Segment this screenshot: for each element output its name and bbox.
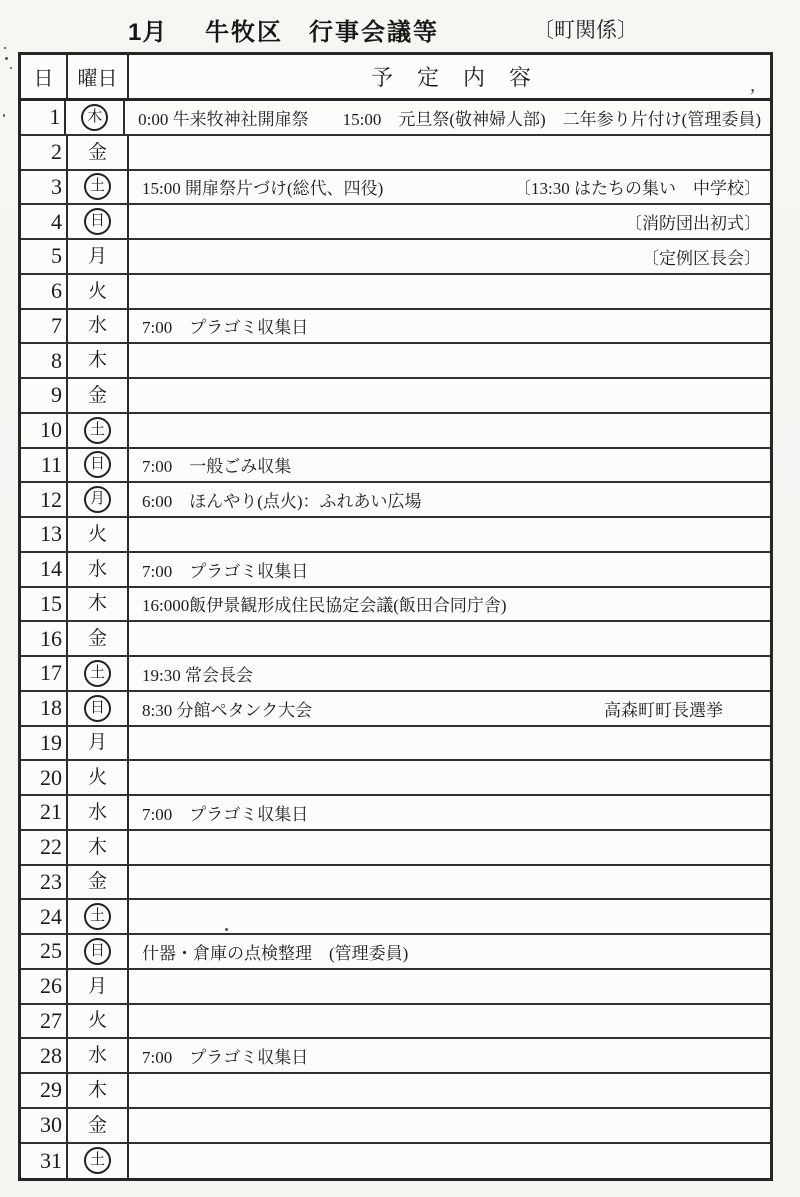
weekday-cell: 土 [68, 171, 129, 204]
day-number: 20 [40, 767, 62, 789]
table-row: 30 金 [21, 1109, 770, 1144]
schedule-content-cell: 〔定例区長会〕 [129, 240, 770, 273]
weekday-label: 木 [88, 838, 107, 857]
weekday-cell: 金 [68, 622, 129, 655]
day-number: 29 [40, 1079, 62, 1101]
schedule-content-cell [129, 727, 770, 760]
header-content: 予 定 内 容 , [129, 55, 770, 98]
schedule-content-cell [129, 275, 770, 308]
scan-artifact [4, 47, 6, 49]
day-number-cell: 1 [21, 101, 66, 134]
schedule-content-cell: 7:00 プラゴミ収集日 [129, 553, 770, 586]
weekday-label: 水 [88, 803, 107, 822]
day-number: 4 [51, 211, 62, 233]
table-row: 1 木 0:00 牛来牧神社開扉祭 15:00 元旦祭(敬神婦人部) 二年参り片… [21, 101, 770, 136]
weekday-label: 金 [88, 629, 107, 648]
scan-artifact [10, 67, 12, 69]
day-number: 15 [40, 593, 62, 615]
day-number: 17 [40, 662, 62, 684]
weekday-label: 日 [84, 938, 111, 965]
day-number: 24 [40, 906, 62, 928]
weekday-label: 月 [88, 977, 107, 996]
schedule-text: 7:00 プラゴミ収集日 [142, 1043, 308, 1068]
schedule-content-cell [129, 1074, 770, 1107]
title-town-note: 〔町関係〕 [533, 14, 638, 44]
weekday-cell: 木 [68, 1074, 129, 1107]
table-row: 4 日 〔消防団出初式〕 [21, 205, 770, 240]
weekday-label: 木 [88, 1081, 107, 1100]
weekday-cell: 月 [68, 483, 129, 516]
weekday-cell: 火 [68, 761, 129, 794]
day-number-cell: 6 [21, 275, 68, 308]
table-row: 27 火 [21, 1005, 770, 1040]
table-body: 1 木 0:00 牛来牧神社開扉祭 15:00 元旦祭(敬神婦人部) 二年参り片… [21, 101, 770, 1178]
schedule-right-note: 高森町町長選挙 [604, 696, 723, 721]
schedule-text: 16:000飯伊景観形成住民協定会議(飯田合同庁舎) [142, 591, 507, 616]
weekday-cell: 土 [68, 414, 129, 447]
table-row: 2 金 [21, 136, 770, 171]
day-number-cell: 21 [21, 796, 68, 829]
schedule-text: 7:00 プラゴミ収集日 [142, 557, 308, 582]
weekday-label: 金 [88, 386, 107, 405]
weekday-cell: 水 [68, 310, 129, 343]
weekday-label: 水 [88, 560, 107, 579]
header-day: 日 [21, 55, 68, 98]
day-number: 14 [40, 558, 62, 580]
weekday-cell: 水 [68, 553, 129, 586]
weekday-label: 金 [88, 1116, 107, 1135]
day-number-cell: 7 [21, 310, 68, 343]
weekday-label: 日 [84, 208, 111, 235]
weekday-cell: 日 [68, 449, 129, 482]
day-number: 30 [40, 1114, 62, 1136]
weekday-cell: 火 [68, 1005, 129, 1038]
schedule-content-cell: 7:00 一般ごみ収集 [129, 449, 770, 482]
day-number-cell: 29 [21, 1074, 68, 1107]
weekday-label: 火 [88, 282, 107, 301]
day-number: 3 [51, 176, 62, 198]
table-row: 26 月 [21, 970, 770, 1005]
schedule-content-cell [129, 831, 770, 864]
day-number: 25 [40, 940, 62, 962]
table-row: 5 月 〔定例区長会〕 [21, 240, 770, 275]
table-row: 22 木 [21, 831, 770, 866]
schedule-text: 15:00 開扉祭片づけ(総代、四役) [142, 174, 383, 199]
schedule-content-cell: 7:00 プラゴミ収集日 [129, 796, 770, 829]
weekday-cell: 日 [68, 935, 129, 968]
weekday-label: 日 [84, 451, 111, 478]
table-row: 20 火 [21, 761, 770, 796]
weekday-label: 土 [84, 660, 111, 687]
weekday-cell: 木 [68, 831, 129, 864]
day-number-cell: 19 [21, 727, 68, 760]
schedule-content-cell [129, 414, 770, 447]
day-number-cell: 23 [21, 866, 68, 899]
schedule-text: 7:00 一般ごみ収集 [142, 452, 291, 477]
schedule-content-cell: 7:00 プラゴミ収集日 [129, 310, 770, 343]
day-number-cell: 15 [21, 588, 68, 621]
schedule-table: 日 曜日 予 定 内 容 , 1 木 0:00 牛来牧神社開扉祭 15:00 元… [18, 52, 773, 1181]
schedule-content-cell [129, 761, 770, 794]
day-number-cell: 20 [21, 761, 68, 794]
table-row: 31 土 [21, 1144, 770, 1179]
day-number: 28 [40, 1045, 62, 1067]
table-row: 21 水 7:00 プラゴミ収集日 [21, 796, 770, 831]
day-number-cell: 5 [21, 240, 68, 273]
schedule-content-cell: 8:30 分館ペタンク大会 高森町町長選挙 [129, 692, 770, 725]
schedule-text: 6:00 ほんやり(点火)：ふれあい広場 [142, 487, 422, 512]
weekday-label: 土 [84, 1147, 111, 1174]
schedule-text: 0:00 牛来牧神社開扉祭 15:00 元旦祭(敬神婦人部) 二年参り片付け(管… [138, 105, 761, 130]
day-number-cell: 26 [21, 970, 68, 1003]
schedule-content-cell [129, 1144, 770, 1179]
table-row: 23 金 [21, 866, 770, 901]
day-number: 22 [40, 836, 62, 858]
day-number: 26 [40, 975, 62, 997]
weekday-cell: 木 [66, 101, 125, 134]
scanned-schedule-page: 1月 牛牧区 行事会議等 〔町関係〕 日 曜日 予 定 内 容 , 1 木 0:… [0, 0, 800, 1197]
table-row: 6 火 [21, 275, 770, 310]
schedule-content-cell [129, 622, 770, 655]
schedule-content-cell [129, 136, 770, 169]
day-number-cell: 2 [21, 136, 68, 169]
scan-artifact [225, 928, 228, 931]
weekday-label: 木 [81, 104, 108, 131]
page-title: 1月 牛牧区 行事会議等 〔町関係〕 [0, 8, 800, 46]
day-number-cell: 31 [21, 1144, 68, 1179]
weekday-label: 金 [88, 143, 107, 162]
day-number-cell: 22 [21, 831, 68, 864]
weekday-cell: 水 [68, 1039, 129, 1072]
schedule-content-cell [129, 970, 770, 1003]
schedule-right-note: 〔消防団出初式〕 [625, 209, 761, 234]
schedule-content-cell: 16:000飯伊景観形成住民協定会議(飯田合同庁舎) [129, 588, 770, 621]
table-row: 14 水 7:00 プラゴミ収集日 [21, 553, 770, 588]
schedule-content-cell: 19:30 常会長会 [129, 657, 770, 690]
schedule-content-cell: 15:00 開扉祭片づけ(総代、四役) 〔13:30 はたちの集い 中学校〕 [129, 171, 770, 204]
title-month: 1月 [128, 12, 167, 47]
schedule-content-cell [129, 518, 770, 551]
schedule-content-cell [129, 344, 770, 377]
table-row: 25 日 什器・倉庫の点検整理 (管理委員) [21, 935, 770, 970]
weekday-label: 水 [88, 316, 107, 335]
day-number: 16 [40, 628, 62, 650]
header-weekday: 曜日 [68, 55, 129, 98]
schedule-right-note: 〔13:30 はたちの集い 中学校〕 [514, 174, 761, 199]
table-row: 24 土 [21, 900, 770, 935]
weekday-label: 火 [88, 525, 107, 544]
day-number: 13 [40, 523, 62, 545]
weekday-cell: 水 [68, 796, 129, 829]
weekday-label: 木 [88, 351, 107, 370]
day-number: 7 [51, 315, 62, 337]
table-row: 18 日 8:30 分館ペタンク大会 高森町町長選挙 [21, 692, 770, 727]
weekday-label: 木 [88, 594, 107, 613]
day-number-cell: 3 [21, 171, 68, 204]
weekday-label: 月 [84, 486, 111, 513]
title-district-events: 牛牧区 行事会議等 [205, 12, 439, 47]
day-number-cell: 24 [21, 900, 68, 933]
day-number-cell: 28 [21, 1039, 68, 1072]
day-number-cell: 8 [21, 344, 68, 377]
schedule-text: 8:30 分館ペタンク大会 [142, 696, 312, 721]
weekday-label: 金 [88, 872, 107, 891]
table-row: 28 水 7:00 プラゴミ収集日 [21, 1039, 770, 1074]
day-number: 8 [51, 350, 62, 372]
weekday-cell: 木 [68, 344, 129, 377]
day-number: 19 [40, 732, 62, 754]
weekday-label: 水 [88, 1046, 107, 1065]
weekday-label: 月 [88, 247, 107, 266]
schedule-text: 7:00 プラゴミ収集日 [142, 800, 308, 825]
schedule-content-cell: 7:00 プラゴミ収集日 [129, 1039, 770, 1072]
weekday-label: 土 [84, 903, 111, 930]
table-row: 8 木 [21, 344, 770, 379]
day-number: 10 [40, 419, 62, 441]
schedule-text: 7:00 プラゴミ収集日 [142, 313, 308, 338]
table-row: 17 土 19:30 常会長会 [21, 657, 770, 692]
weekday-label: 月 [88, 733, 107, 752]
schedule-content-cell [129, 379, 770, 412]
day-number-cell: 27 [21, 1005, 68, 1038]
table-row: 13 火 [21, 518, 770, 553]
day-number-cell: 30 [21, 1109, 68, 1142]
day-number: 31 [40, 1150, 62, 1172]
weekday-label: 土 [84, 417, 111, 444]
day-number-cell: 11 [21, 449, 68, 482]
weekday-label: 土 [84, 173, 111, 200]
table-row: 15 木 16:000飯伊景観形成住民協定会議(飯田合同庁舎) [21, 588, 770, 623]
table-row: 10 土 [21, 414, 770, 449]
day-number-cell: 18 [21, 692, 68, 725]
schedule-content-cell: 6:00 ほんやり(点火)：ふれあい広場 [129, 483, 770, 516]
scan-artifact [5, 57, 8, 60]
schedule-right-note: 〔定例区長会〕 [642, 244, 761, 269]
table-row: 3 土 15:00 開扉祭片づけ(総代、四役) 〔13:30 はたちの集い 中学… [21, 171, 770, 206]
weekday-cell: 金 [68, 1109, 129, 1142]
weekday-label: 火 [88, 768, 107, 787]
schedule-content-cell: 0:00 牛来牧神社開扉祭 15:00 元旦祭(敬神婦人部) 二年参り片付け(管… [125, 101, 770, 134]
weekday-cell: 土 [68, 1144, 129, 1179]
day-number: 21 [40, 801, 62, 823]
table-row: 19 月 [21, 727, 770, 762]
day-number: 1 [49, 106, 60, 128]
day-number: 2 [51, 141, 62, 163]
weekday-cell: 金 [68, 379, 129, 412]
day-number: 27 [40, 1010, 62, 1032]
header-content-label: 予 定 内 容 [371, 61, 532, 92]
scan-stray-comma: , [750, 75, 756, 97]
weekday-cell: 木 [68, 588, 129, 621]
weekday-label: 火 [88, 1011, 107, 1030]
weekday-cell: 月 [68, 970, 129, 1003]
table-row: 9 金 [21, 379, 770, 414]
table-row: 7 水 7:00 プラゴミ収集日 [21, 310, 770, 345]
day-number-cell: 17 [21, 657, 68, 690]
day-number: 9 [51, 384, 62, 406]
day-number-cell: 14 [21, 553, 68, 586]
day-number: 6 [51, 280, 62, 302]
day-number-cell: 13 [21, 518, 68, 551]
schedule-text: 什器・倉庫の点検整理 (管理委員) [142, 939, 408, 964]
weekday-cell: 火 [68, 275, 129, 308]
table-row: 12 月 6:00 ほんやり(点火)：ふれあい広場 [21, 483, 770, 518]
weekday-cell: 土 [68, 657, 129, 690]
day-number-cell: 9 [21, 379, 68, 412]
day-number-cell: 25 [21, 935, 68, 968]
day-number-cell: 10 [21, 414, 68, 447]
weekday-cell: 日 [68, 692, 129, 725]
weekday-cell: 土 [68, 900, 129, 933]
scan-artifact [3, 114, 5, 117]
schedule-content-cell: 什器・倉庫の点検整理 (管理委員) [129, 935, 770, 968]
schedule-content-cell: 〔消防団出初式〕 [129, 205, 770, 238]
day-number-cell: 16 [21, 622, 68, 655]
table-header-row: 日 曜日 予 定 内 容 , [21, 55, 770, 101]
day-number: 12 [40, 489, 62, 511]
weekday-cell: 月 [68, 240, 129, 273]
day-number: 5 [51, 245, 62, 267]
schedule-content-cell [129, 866, 770, 899]
weekday-cell: 火 [68, 518, 129, 551]
day-number: 11 [41, 454, 62, 476]
day-number-cell: 4 [21, 205, 68, 238]
weekday-label: 日 [84, 695, 111, 722]
day-number: 23 [40, 871, 62, 893]
schedule-content-cell [129, 1109, 770, 1142]
weekday-cell: 金 [68, 866, 129, 899]
weekday-cell: 金 [68, 136, 129, 169]
day-number-cell: 12 [21, 483, 68, 516]
table-row: 29 木 [21, 1074, 770, 1109]
table-row: 16 金 [21, 622, 770, 657]
day-number: 18 [40, 697, 62, 719]
weekday-cell: 日 [68, 205, 129, 238]
schedule-content-cell [129, 1005, 770, 1038]
table-row: 11 日 7:00 一般ごみ収集 [21, 449, 770, 484]
schedule-text: 19:30 常会長会 [142, 661, 253, 686]
weekday-cell: 月 [68, 727, 129, 760]
